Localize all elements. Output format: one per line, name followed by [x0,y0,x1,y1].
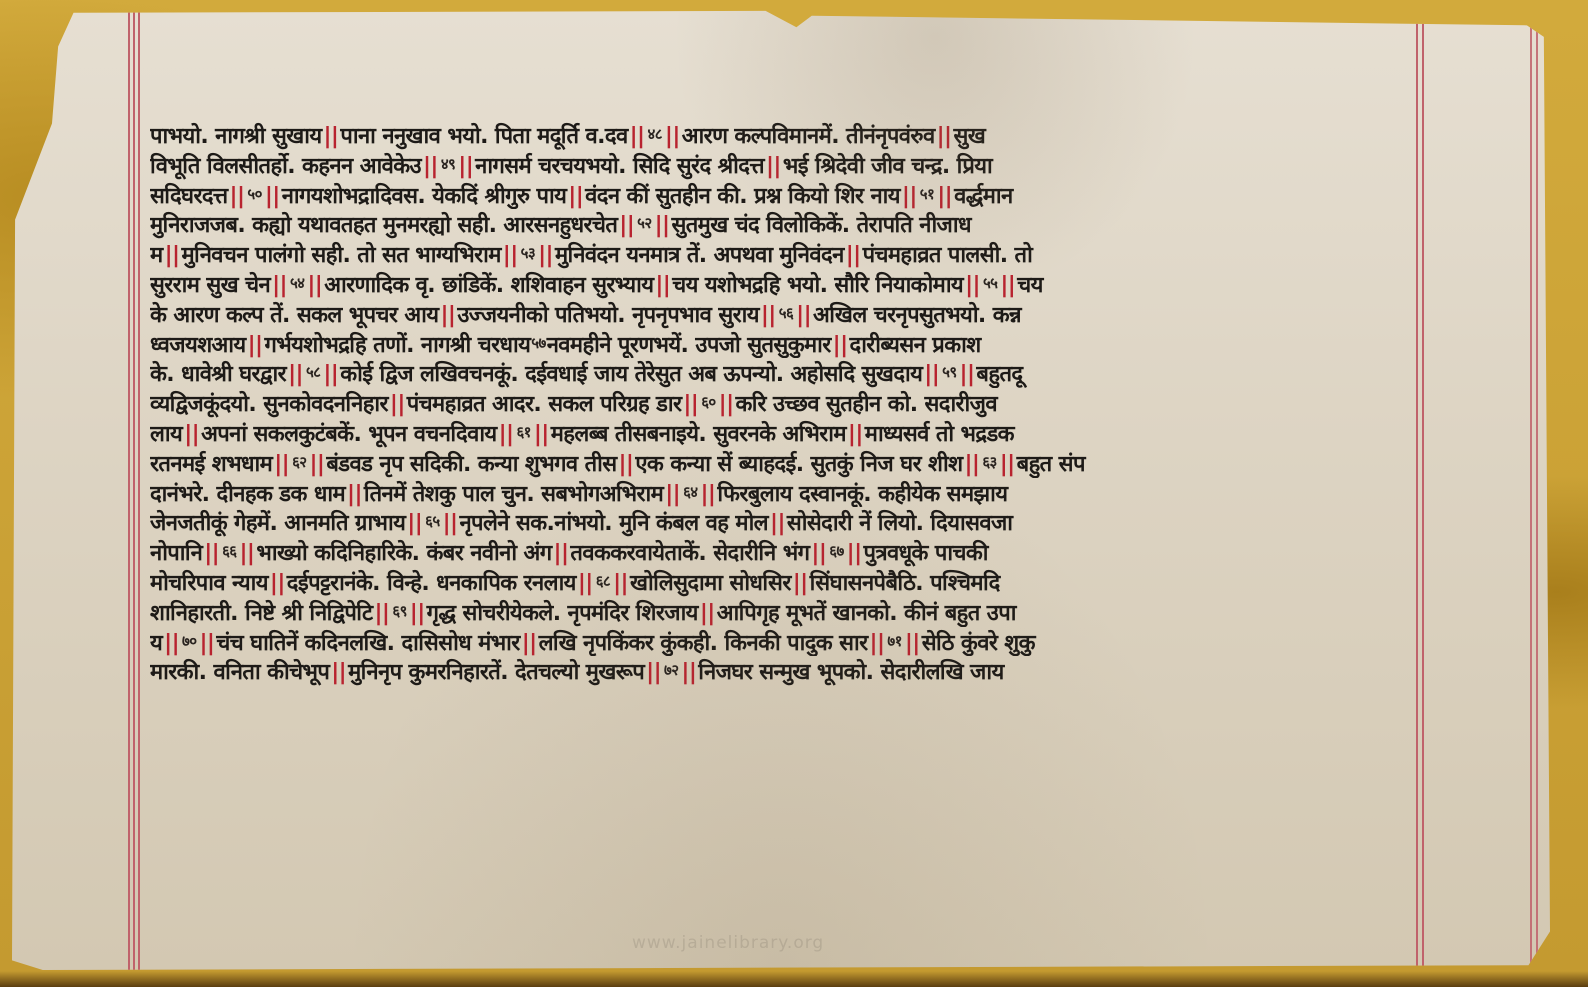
verse-number: ५१ [919,185,935,203]
verse-number: ५२ [636,214,652,232]
verse-number: ६८ [595,572,611,590]
text-segment: लाय [150,422,182,447]
verse-divider-mark: || [345,482,364,507]
text-segment: बहुत संप [1017,452,1085,477]
text-segment: माध्यसर्व तो भद्रडक [865,422,1014,447]
verse-divider-mark: || [520,631,539,656]
manuscript-line: लाय||अपनां सकलकुटंबकें. भूपन वचनदिवाय||६… [150,418,1428,448]
manuscript-line: नोपानि||६६||भाख्यो कदिनिहारिके. कंबर नवी… [150,537,1428,567]
text-segment: नृपलेने सक.नांभयो. मुनि कंबल वह मोल [459,511,768,536]
manuscript-line: सुरराम सुख चेन||५४||आरणादिक वृ. छांडिकें… [150,269,1428,299]
text-segment: चय [1017,273,1043,298]
verse-divider-mark: || [663,124,682,149]
verse-number: ६७ [828,542,844,560]
verse-number: ५९ [941,363,957,381]
text-segment: विभूति विलसीतर्हो. कहनन आवेकेउ [150,154,421,179]
text-segment: चंच घातिनें कदिनलखि. दासिसोध मंभार [216,631,519,656]
verse-number: ५८ [305,363,321,381]
text-segment: सुख [953,124,985,149]
verse-number: ६६ [221,542,237,560]
manuscript-line: पाभयो. नागश्री सुखाय||पाना ननुखाव भयो. प… [150,120,1428,150]
verse-number: ६९ [391,602,407,620]
verse-divider-mark: || [922,362,941,387]
manuscript-line: विभूति विलसीतर्हो. कहनन आवेकेउ||४९||नागस… [150,150,1428,180]
manuscript-line: शानिहारती. निष्टे श्री निद्विपेटि||६९||ग… [150,597,1428,627]
text-segment: सिंघासनपेबैठि. पश्चिमदि [810,571,1000,596]
verse-divider-mark: || [998,273,1017,298]
text-segment: बंडवड नृप सदिकी. कन्या शुभगव तीस [326,452,616,477]
verse-divider-mark: || [868,631,887,656]
verse-divider-mark: || [272,452,291,477]
text-segment: फिरबुलाय दस्वानकूं. कहीयेक समझाय [717,482,1007,507]
verse-divider-mark: || [611,571,630,596]
text-segment: सेठि कुंवरे शुकु [922,631,1035,656]
verse-divider-mark: || [617,213,636,238]
text-segment: सदिघरदत्त [150,184,228,209]
text-segment: गर्भयशोभद्रहि तणों. नागश्री चरधाय [264,333,530,358]
verse-divider-mark: || [698,482,717,507]
text-segment: शानिहारती. निष्टे श्री निद्विपेटि [150,601,373,626]
verse-divider-mark: || [456,154,475,179]
verse-divider-mark: || [764,154,783,179]
verse-divider-mark: || [846,422,865,447]
text-segment: जेनजतीकूं गेहमें. आनमति ग्राभाय [150,511,405,536]
text-segment: सुतमुख चंद विलोकिकें. तेरापति नीजाध [671,213,970,238]
manuscript-line: के आरण कल्प तें. सकल भूपचर आय||उज्जयनीको… [150,299,1428,329]
manuscript-line: मोचरिपाव न्याय||दईपट्टरानंके. विन्हे. धन… [150,567,1428,597]
verse-divider-mark: || [441,511,460,536]
text-segment: मोचरिपाव न्याय [150,571,268,596]
verse-divider-mark: || [616,452,635,477]
text-segment: नवमहीने पूरणभयें. उपजो सुतसुकुमार [547,333,831,358]
left-margin-rule-1 [128,8,130,970]
verse-number: ५३ [520,244,536,262]
text-segment: अखिल चरनृपसुतभयो. कन्न [813,303,1021,328]
verse-number: ४८ [647,125,663,143]
manuscript-line: ध्वजयशआय||गर्भयशोभद्रहि तणों. नागश्री चर… [150,329,1428,359]
verse-divider-mark: || [958,362,977,387]
bottom-edge-shadow [0,971,1588,987]
verse-divider-mark: || [182,422,201,447]
text-segment: एक कन्या सें ब्याहदई. सुतकुं निज घर शीश [635,452,962,477]
verse-divider-mark: || [628,124,647,149]
text-segment: य [150,631,162,656]
verse-divider-mark: || [286,362,305,387]
verse-divider-mark: || [307,452,326,477]
manuscript-line: मुनिराजजब. कह्यो यथावतहत मुनमरह्यो सही. … [150,209,1428,239]
verse-divider-mark: || [536,243,555,268]
text-segment: दारीब्यसन प्रकाश [850,333,981,358]
verse-divider-mark: || [962,452,981,477]
text-segment: निजघर सन्मुख भूपको. सेदारीलखि जाय [698,660,1003,685]
verse-divider-mark: || [246,333,265,358]
verse-divider-mark: || [963,273,982,298]
manuscript-line: सदिघरदत्त||५०||नागयशोभद्रादिवस. येकदिं श… [150,180,1428,210]
watermark: www.jainelibrary.org [632,933,824,953]
text-segment: सुरराम सुख चेन [150,273,270,298]
verse-number: ६२ [291,453,307,471]
text-segment: रतनमई शभधाम [150,452,272,477]
verse-divider-mark: || [576,571,595,596]
verse-number: ६१ [515,423,531,441]
manuscript-line: रतनमई शभधाम||६२||बंडवड नृप सदिकी. कन्या … [150,448,1428,478]
manuscript-line: दानंभरे. दीनहक डक धाम||तिनमें तेशकु पाल … [150,478,1428,508]
text-segment: पंचमहाव्रत पालसी. तो [863,243,1033,268]
verse-divider-mark: || [653,273,672,298]
left-margin-rule-3 [138,8,140,970]
text-segment: मुनिराजजब. कह्यो यथावतहत मुनमरह्यो सही. … [150,213,617,238]
verse-number: ७० [181,632,197,650]
manuscript-folio: पाभयो. नागश्री सुखाय||पाना ननुखाव भयो. प… [12,8,1550,970]
text-segment: उज्जयनीको पतिभयो. नृपनृपभाव सुराय [457,303,759,328]
verse-divider-mark: || [900,184,919,209]
verse-divider-mark: || [845,541,864,566]
left-margin-rule-2 [133,8,135,970]
manuscript-text-block: पाभयो. नागश्री सुखाय||पाना ननुखाव भयो. प… [150,120,1428,686]
verse-number: ५० [246,185,262,203]
verse-number: ६० [700,393,716,411]
verse-divider-mark: || [644,660,663,685]
verse-divider-mark: || [163,243,182,268]
text-segment: नोपानि [150,541,202,566]
verse-divider-mark: || [903,631,922,656]
verse-divider-mark: || [998,452,1017,477]
text-segment: म [150,243,163,268]
text-segment: मारकी. वनिता कीचेभूप [150,660,329,685]
verse-number: ६४ [682,483,698,501]
verse-divider-mark: || [322,124,341,149]
verse-number: ७२ [663,661,679,679]
verse-divider-mark: || [263,184,282,209]
verse-number: ५४ [289,274,305,292]
verse-divider-mark: || [373,601,392,626]
text-segment: लखि नृपकिंकर कुंकही. किनकी पादुक सार [539,631,868,656]
text-segment: भई श्रिदेवी जीव चन्द्र. प्रिया [783,154,992,179]
text-segment: खोलिसुदामा सोधसिर [630,571,791,596]
text-segment: बहुतदू [976,362,1022,387]
verse-divider-mark: || [663,482,682,507]
verse-divider-mark: || [532,422,551,447]
verse-divider-mark: || [408,601,427,626]
text-segment: पाना ननुखाव भयो. पिता मदूर्ति व.दव [340,124,627,149]
manuscript-line: के. धावेश्री घरद्वार||५८||कोई द्विज लखिव… [150,358,1428,388]
verse-divider-mark: || [791,571,810,596]
verse-divider-mark: || [552,541,571,566]
manuscript-line: व्यद्विजकूंदयो. सुनकोवदननिहार||पंचमहाव्र… [150,388,1428,418]
text-segment: भाख्यो कदिनिहारिके. कंबर नवीनो अंग [256,541,551,566]
verse-number: ४९ [440,155,456,173]
verse-divider-mark: || [566,184,585,209]
verse-divider-mark: || [935,184,954,209]
text-segment: दानंभरे. दीनहक डक धाम [150,482,345,507]
text-segment: ध्वजयशआय [150,333,246,358]
verse-number: ६५ [424,512,440,530]
verse-divider-mark: || [388,392,407,417]
text-segment: महलब्ब तीसबनाइये. सुवरनके अभिराम [551,422,846,447]
manuscript-line: जेनजतीकूं गेहमें. आनमति ग्राभाय||६५||नृप… [150,507,1428,537]
text-segment: आपिगृह मूभतें खानको. कीनं बहुत उपा [717,601,1016,626]
verse-divider-mark: || [831,333,850,358]
text-segment: के आरण कल्प तें. सकल भूपचर आय [150,303,438,328]
verse-number: ६३ [981,453,997,471]
verse-divider-mark: || [717,392,736,417]
verse-divider-mark: || [438,303,457,328]
verse-number: ५५ [982,274,998,292]
text-segment: आरणादिक वृ. छांडिकें. शशिवाहन सुरभ्याय [324,273,653,298]
outer-edge-rule-1 [1530,8,1532,970]
verse-divider-mark: || [270,273,289,298]
verse-divider-mark: || [653,213,672,238]
text-segment: तिनमें तेशकु पाल चुन. सबभोगअभिराम [364,482,663,507]
text-segment: चय यशोभद्रहि भयो. सौरि नियाकोमाय [672,273,963,298]
verse-number: ७१ [886,632,902,650]
text-segment: व्यद्विजकूंदयो. सुनकोवदननिहार [150,392,388,417]
verse-divider-mark: || [197,631,216,656]
text-segment: सोसेदारी नें लियो. दियासवजा [787,511,1013,536]
verse-divider-mark: || [405,511,424,536]
text-segment: मुनिनृप कुमरनिहारतें. देतचल्यो मुखरूप [348,660,644,685]
text-segment: मुनिवंदन यनमात्र तें. अपथवा मुनिवंदन [555,243,844,268]
text-segment: गृद्ध सोचरीयेकले. नृपमंदिर शिरजाय [427,601,698,626]
verse-number: ५७ [530,334,546,352]
verse-number: ५६ [778,304,794,322]
verse-divider-mark: || [268,571,287,596]
text-segment: कोई द्विज लखिवचनकूं. दईवधाई जाय तेरेसुत … [340,362,922,387]
verse-divider-mark: || [698,601,717,626]
verse-divider-mark: || [162,631,181,656]
text-segment: पुत्रवधूके पाचकी [864,541,988,566]
manuscript-line: य||७०||चंच घातिनें कदिनलखि. दासिसोध मंभा… [150,627,1428,657]
verse-divider-mark: || [501,243,520,268]
verse-divider-mark: || [321,362,340,387]
verse-divider-mark: || [228,184,247,209]
verse-divider-mark: || [768,511,787,536]
text-segment: करि उच्छव सुतहीन को. सदारीजुव [736,392,998,417]
verse-divider-mark: || [844,243,863,268]
verse-divider-mark: || [497,422,516,447]
text-segment: मुनिवचन पालंगो सही. तो सत भाग्यभिराम [181,243,500,268]
text-segment: के. धावेश्री घरद्वार [150,362,286,387]
verse-divider-mark: || [809,541,828,566]
outer-edge-rule-2 [1536,8,1538,970]
verse-divider-mark: || [794,303,813,328]
verse-divider-mark: || [759,303,778,328]
text-segment: पंचमहाव्रत आदर. सकल परिग्रह डार [407,392,682,417]
verse-divider-mark: || [421,154,440,179]
text-segment: नागयशोभद्रादिवस. येकदिं श्रीगुरु पाय [282,184,567,209]
verse-divider-mark: || [305,273,324,298]
text-segment: वर्द्धमान [954,184,1012,209]
verse-divider-mark: || [202,541,221,566]
text-segment: आरण कल्पविमानमें. तीनंनृपवंरुव [682,124,935,149]
text-segment: दईपट्टरानंके. विन्हे. धनकापिक रनलाय [287,571,576,596]
manuscript-line: म||मुनिवचन पालंगो सही. तो सत भाग्यभिराम|… [150,239,1428,269]
verse-divider-mark: || [935,124,954,149]
text-segment: अपनां सकलकुटंबकें. भूपन वचनदिवाय [201,422,497,447]
verse-divider-mark: || [238,541,257,566]
text-segment: तवककरवायेताकें. सेदारीनि भंग [570,541,809,566]
verse-divider-mark: || [681,392,700,417]
verse-divider-mark: || [679,660,698,685]
text-segment: नागसर्म चरचयभयो. सिदि सुरंद श्रीदत्त [475,154,764,179]
text-segment: पाभयो. नागश्री सुखाय [150,124,322,149]
text-segment: वंदन कीं सुतहीन की. प्रश्न कियो शिर नाय [585,184,900,209]
verse-divider-mark: || [329,660,348,685]
manuscript-line: मारकी. वनिता कीचेभूप||मुनिनृप कुमरनिहारत… [150,656,1428,686]
